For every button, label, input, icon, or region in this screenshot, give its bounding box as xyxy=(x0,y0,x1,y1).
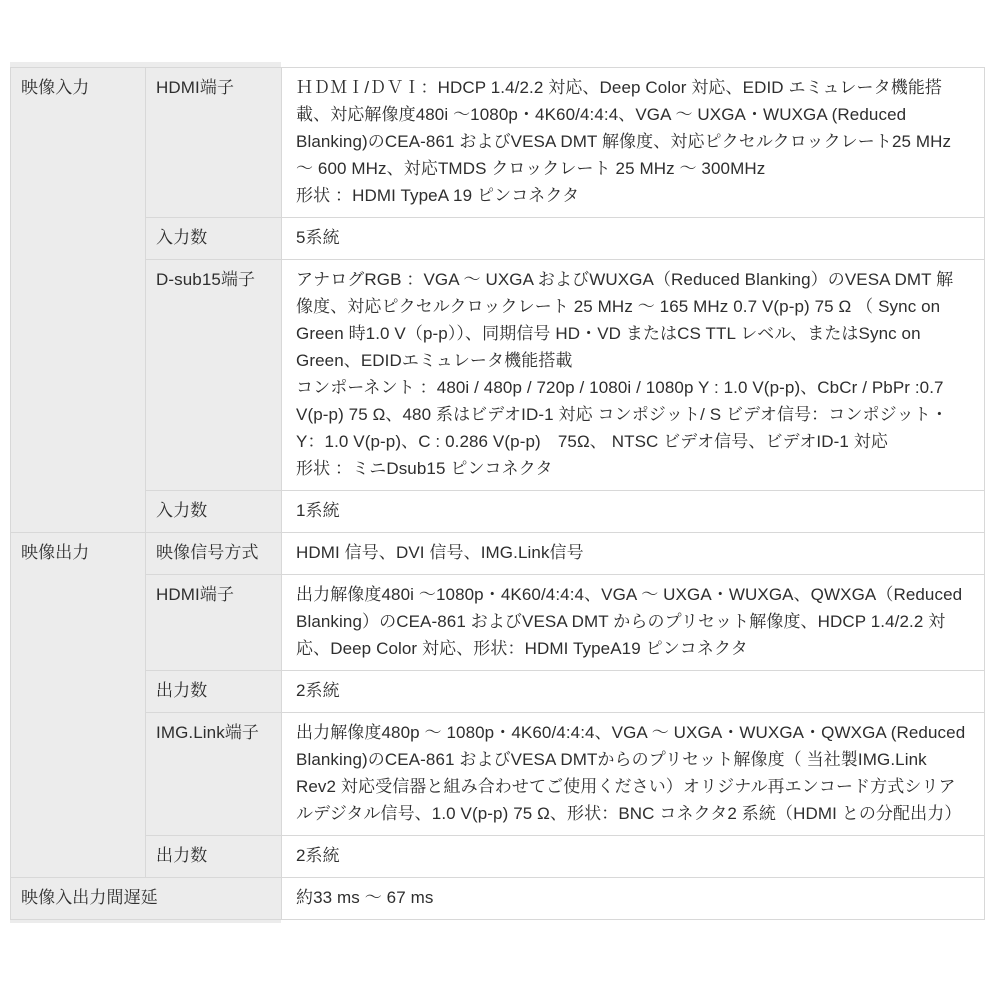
group-cell-video-input: 映像入力 xyxy=(11,68,146,533)
value-cell-hdmi-input: ＨＤＭＩ/ＤＶＩ：HDCP 1.4/2.2 対応、Deep Color 対応、E… xyxy=(282,68,985,218)
table-row: 映像入出力間遅延 約33 ms ～ 67 ms xyxy=(11,878,985,920)
table-row: IMG.Link端子 出力解像度480p ～ 1080p・4K60/4:4:4、… xyxy=(11,713,985,836)
spec-table: 映像入力 HDMI端子 ＨＤＭＩ/ＤＶＩ：HDCP 1.4/2.2 対応、Dee… xyxy=(10,67,985,920)
value-cell-output-count-1: 2系統 xyxy=(282,671,985,713)
table-row: 映像出力 映像信号方式 HDMI 信号、DVI 信号、IMG.Link信号 xyxy=(11,533,985,575)
label-cell-output-count-1: 出力数 xyxy=(146,671,282,713)
table-row: D-sub15端子 アナログRGB ：VGA ～ UXGA およびWUXGA（R… xyxy=(11,260,985,491)
label-cell-input-count-2: 入力数 xyxy=(146,491,282,533)
label-cell-imglink: IMG.Link端子 xyxy=(146,713,282,836)
group-cell-video-output: 映像出力 xyxy=(11,533,146,878)
label-cell-input-count-1: 入力数 xyxy=(146,218,282,260)
label-cell-output-count-2: 出力数 xyxy=(146,836,282,878)
spec-page: 映像入力 HDMI端子 ＨＤＭＩ/ＤＶＩ：HDCP 1.4/2.2 対応、Dee… xyxy=(0,0,1000,1000)
value-cell-signal-format: HDMI 信号、DVI 信号、IMG.Link信号 xyxy=(282,533,985,575)
label-cell-io-delay: 映像入出力間遅延 xyxy=(11,878,282,920)
value-cell-hdmi-output: 出力解像度480i ～1080p・4K60/4:4:4、VGA ～ UXGA・W… xyxy=(282,575,985,671)
value-cell-output-count-2: 2系統 xyxy=(282,836,985,878)
table-row: 出力数 2系統 xyxy=(11,836,985,878)
table-row: 映像入力 HDMI端子 ＨＤＭＩ/ＤＶＩ：HDCP 1.4/2.2 対応、Dee… xyxy=(11,68,985,218)
value-cell-input-count-2: 1系統 xyxy=(282,491,985,533)
value-cell-input-count-1: 5系統 xyxy=(282,218,985,260)
value-cell-imglink: 出力解像度480p ～ 1080p・4K60/4:4:4、VGA ～ UXGA・… xyxy=(282,713,985,836)
value-cell-io-delay: 約33 ms ～ 67 ms xyxy=(282,878,985,920)
table-row: HDMI端子 出力解像度480i ～1080p・4K60/4:4:4、VGA ～… xyxy=(11,575,985,671)
label-cell-signal-format: 映像信号方式 xyxy=(146,533,282,575)
label-cell-hdmi-input: HDMI端子 xyxy=(146,68,282,218)
table-row: 入力数 5系統 xyxy=(11,218,985,260)
label-cell-dsub15: D-sub15端子 xyxy=(146,260,282,491)
spec-table-wrap: 映像入力 HDMI端子 ＨＤＭＩ/ＤＶＩ：HDCP 1.4/2.2 対応、Dee… xyxy=(10,62,985,923)
table-row: 出力数 2系統 xyxy=(11,671,985,713)
label-cell-hdmi-output: HDMI端子 xyxy=(146,575,282,671)
next-row-edge xyxy=(10,920,281,923)
table-row: 入力数 1系統 xyxy=(11,491,985,533)
value-cell-dsub15: アナログRGB ：VGA ～ UXGA およびWUXGA（Reduced Bla… xyxy=(282,260,985,491)
